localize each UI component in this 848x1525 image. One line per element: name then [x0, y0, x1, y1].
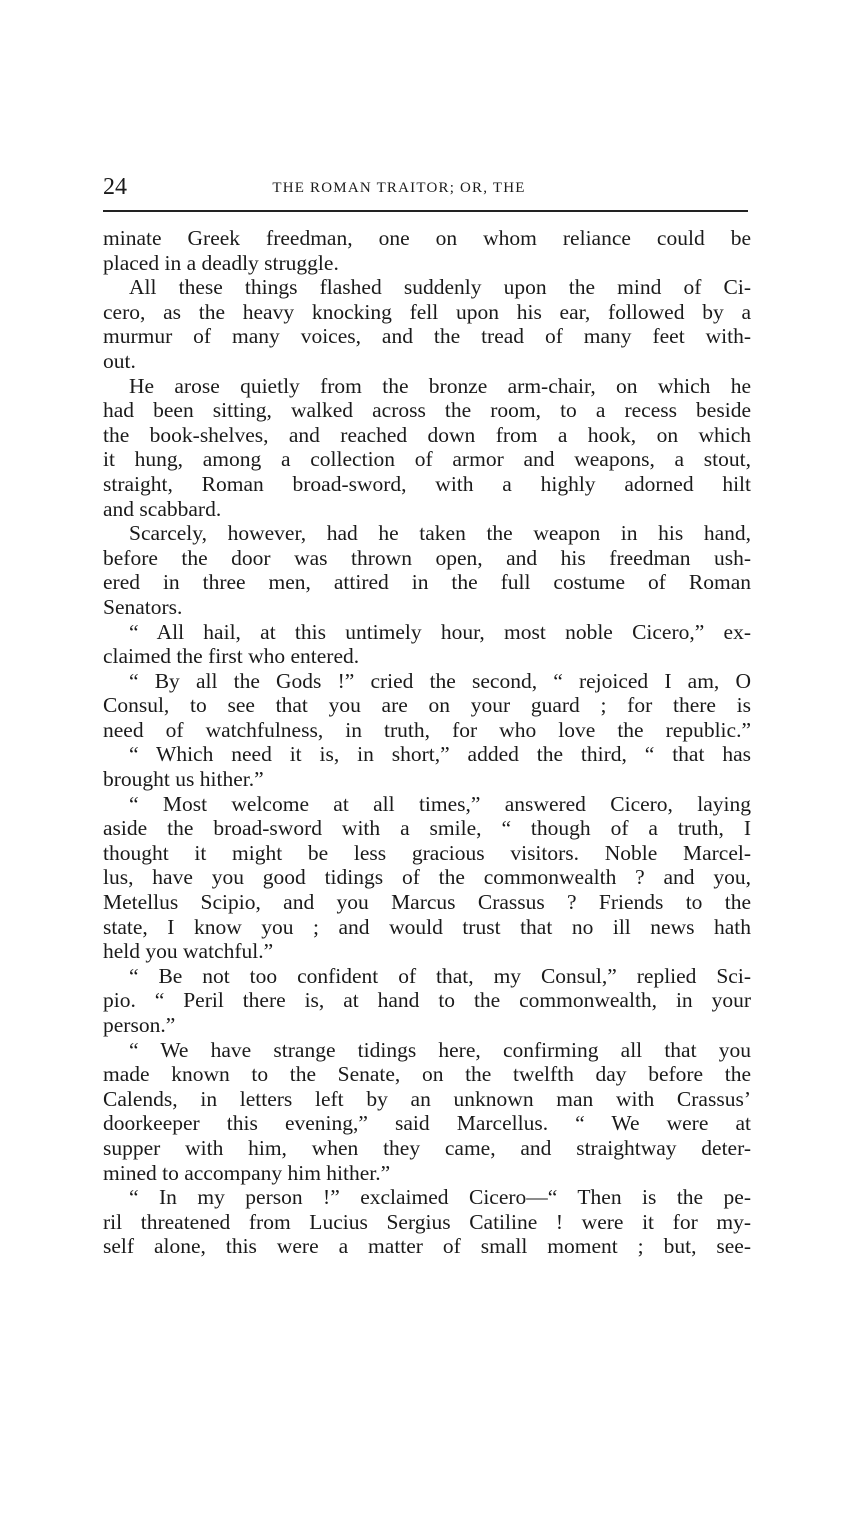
text-line: made known to the Senate, on the twelfth…	[103, 1062, 751, 1087]
header-rule	[103, 210, 748, 212]
text-line: self alone, this were a matter of small …	[103, 1234, 751, 1259]
text-line: Consul, to see that you are on your guar…	[103, 693, 751, 718]
text-line: state, I know you ; and would trust that…	[103, 915, 751, 940]
page-number: 24	[103, 172, 127, 202]
text-line: “ We have strange tidings here, confirmi…	[103, 1038, 751, 1063]
text-line: out.	[103, 349, 751, 374]
text-line: cero, as the heavy knocking fell upon hi…	[103, 300, 751, 325]
text-line: doorkeeper this evening,” said Marcellus…	[103, 1111, 751, 1136]
text-line: it hung, among a collection of armor and…	[103, 447, 751, 472]
text-line: straight, Roman broad-sword, with a high…	[103, 472, 751, 497]
text-line: pio. “ Peril there is, at hand to the co…	[103, 988, 751, 1013]
text-line: “ All hail, at this untimely hour, most …	[103, 620, 751, 645]
text-line: ered in three men, attired in the full c…	[103, 570, 751, 595]
text-line: the book-shelves, and reached down from …	[103, 423, 751, 448]
text-line: “ Be not too confident of that, my Consu…	[103, 964, 751, 989]
text-line: mined to accompany him hither.”	[103, 1161, 751, 1186]
text-line: thought it might be less gracious visito…	[103, 841, 751, 866]
text-line: Calends, in letters left by an unknown m…	[103, 1087, 751, 1112]
text-line: “ In my person !” exclaimed Cicero—“ The…	[103, 1185, 751, 1210]
text-line: person.”	[103, 1013, 751, 1038]
text-line: claimed the first who entered.	[103, 644, 751, 669]
running-title: THE ROMAN TRAITOR; OR, THE	[163, 176, 635, 200]
text-line: need of watchfulness, in truth, for who …	[103, 718, 751, 743]
text-line: murmur of many voices, and the tread of …	[103, 324, 751, 349]
text-line: Scarcely, however, had he taken the weap…	[103, 521, 751, 546]
text-line: “ Which need it is, in short,” added the…	[103, 742, 751, 767]
text-line: ril threatened from Lucius Sergius Catil…	[103, 1210, 751, 1235]
text-line: Metellus Scipio, and you Marcus Crassus …	[103, 890, 751, 915]
text-line: brought us hither.”	[103, 767, 751, 792]
text-line: held you watchful.”	[103, 939, 751, 964]
text-line: All these things flashed suddenly upon t…	[103, 275, 751, 300]
text-line: “ Most welcome at all times,” answered C…	[103, 792, 751, 817]
text-line: minate Greek freedman, one on whom relia…	[103, 226, 751, 251]
text-line: lus, have you good tidings of the common…	[103, 865, 751, 890]
text-line: placed in a deadly struggle.	[103, 251, 751, 276]
book-page: 24 THE ROMAN TRAITOR; OR, THE minate Gre…	[0, 0, 848, 1525]
text-line: Senators.	[103, 595, 751, 620]
text-line: and scabbard.	[103, 497, 751, 522]
text-line: “ By all the Gods !” cried the second, “…	[103, 669, 751, 694]
text-line: aside the broad-sword with a smile, “ th…	[103, 816, 751, 841]
text-line: supper with him, when they came, and str…	[103, 1136, 751, 1161]
text-line: had been sitting, walked across the room…	[103, 398, 751, 423]
text-line: He arose quietly from the bronze arm-cha…	[103, 374, 751, 399]
body-text: minate Greek freedman, one on whom relia…	[103, 226, 751, 1259]
text-line: before the door was thrown open, and his…	[103, 546, 751, 571]
running-head: 24 THE ROMAN TRAITOR; OR, THE	[103, 172, 748, 202]
